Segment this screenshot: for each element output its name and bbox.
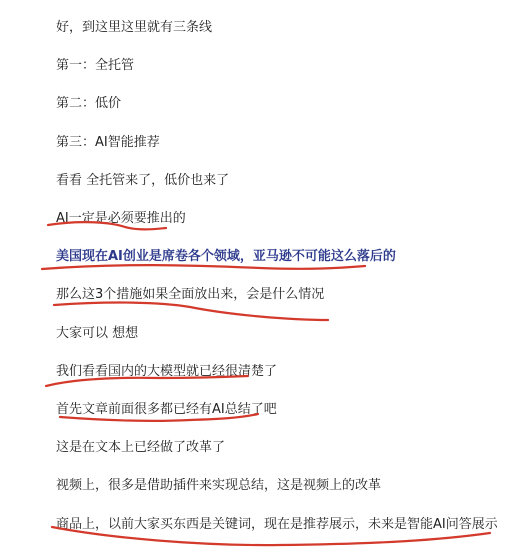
text-line: 第三：AI智能推荐: [56, 135, 160, 151]
text-line: 第一：全托管: [56, 58, 134, 74]
text-line: 那么这3个措施如果全面放出来，会是什么情况: [56, 287, 324, 303]
text-line: 我们看看国内的大模型就已经很清楚了: [56, 364, 277, 380]
text-line: AI一定是必须要推出的: [56, 211, 186, 227]
underline-mark: [54, 303, 328, 320]
text-line: 大家可以 想想: [56, 326, 138, 342]
text-line: 这是在文本上已经做了改革了: [56, 440, 225, 456]
handwritten-underlines: [0, 0, 516, 550]
text-line: 视频上，很多是借助插件来实现总结，这是视频上的改革: [56, 478, 381, 494]
text-line: 看看 全托管来了，低价也来了: [56, 173, 229, 189]
text-line: 好，到这里这里就有三条线: [56, 20, 212, 36]
document-page: 好，到这里这里就有三条线 第一：全托管 第二：低价 第三：AI智能推荐 看看 全…: [0, 0, 516, 550]
underline-mark: [42, 265, 365, 269]
highlighted-text-line: 美国现在AI创业是席卷各个领域，亚马逊不可能这么落后的: [56, 249, 396, 265]
text-line: 首先文章前面很多都已经有AI总结了吧: [56, 402, 277, 418]
text-line: 商品上，以前大家买东西是关键词，现在是推荐展示，未来是智能AI问答展示: [56, 517, 498, 533]
text-line: 第二：低价: [56, 96, 121, 112]
